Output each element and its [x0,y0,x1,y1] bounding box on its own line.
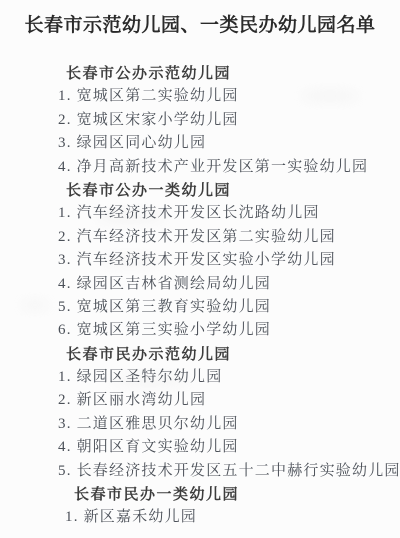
section-header-public-first-class: 长春市公办一类幼儿园 [0,179,400,202]
list-item: 5. 长春经济技术开发区五十二中赫行实验幼儿园 [0,460,400,483]
section-header-private-demonstration: 长春市民办示范幼儿园 [0,343,400,366]
document-title: 长春市示范幼儿园、一类民办幼儿园名单 [0,0,400,39]
list-item: 1. 宽城区第二实验幼儿园 [0,85,400,108]
list-item: 2. 宽城区宋家小学幼儿园 [0,109,400,132]
list-item: 1. 汽车经济技术开发区长沈路幼儿园 [0,202,400,225]
list-item: 1. 绿园区圣特尔幼儿园 [0,366,400,389]
list-item: 3. 绿园区同心幼儿园 [0,132,400,155]
list-item: 3. 汽车经济技术开发区实验小学幼儿园 [0,249,400,272]
section-header-private-first-class: 长春市民办一类幼儿园 [0,483,400,506]
list-item: 5. 宽城区第三教育实验幼儿园 [0,296,400,319]
list-item: 4. 朝阳区育文实验幼儿园 [0,436,400,459]
list-item: 6. 宽城区第三实验小学幼儿园 [0,319,400,342]
list-item: 2. 新区丽水湾幼儿园 [0,389,400,412]
scanned-document-page: 长春市示范幼儿园、一类民办幼儿园名单 长春市公办示范幼儿园 1. 宽城区第二实验… [0,0,400,538]
list-item: 4. 净月高新技术产业开发区第一实验幼儿园 [0,156,400,179]
list-item: 2. 汽车经济技术开发区第二实验幼儿园 [0,226,400,249]
document-body: 长春市公办示范幼儿园 1. 宽城区第二实验幼儿园 2. 宽城区宋家小学幼儿园 3… [0,62,400,530]
list-item: 4. 绿园区吉林省测绘局幼儿园 [0,273,400,296]
list-item: 1. 新区嘉禾幼儿园 [0,506,400,529]
section-header-public-demonstration: 长春市公办示范幼儿园 [0,62,400,85]
list-item: 3. 二道区雅思贝尔幼儿园 [0,413,400,436]
